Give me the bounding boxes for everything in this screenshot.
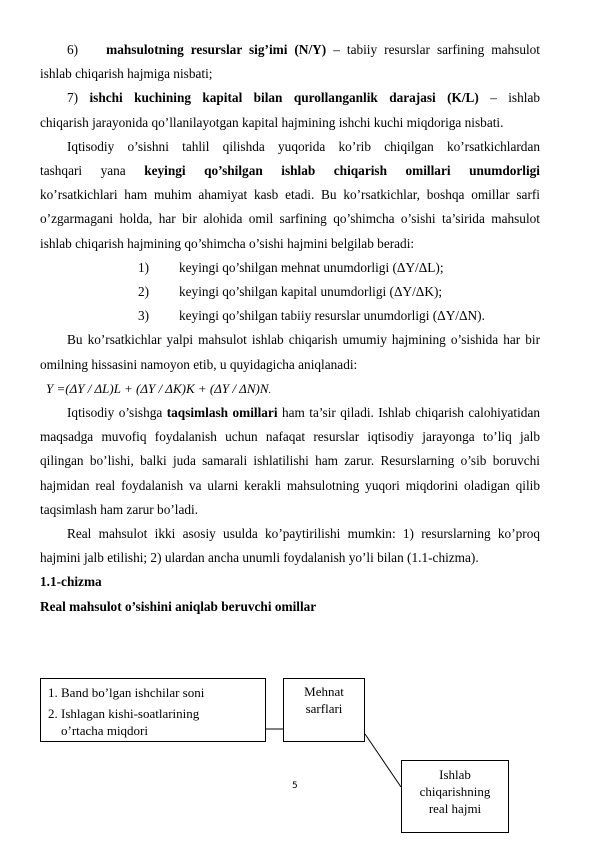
connector-line-2 — [365, 734, 401, 787]
productivity-list: 1)keyingi qo’shilgan mehnat unumdorligi … — [40, 256, 540, 329]
figure-label: 1.1-chizma — [40, 570, 540, 594]
diagram-box-labor-factors: 1. Band bo’lgan ishchilar soni 2. Ishlag… — [40, 678, 266, 742]
list-text: keyingi qo’shilgan tabiiy resurslar unum… — [179, 304, 485, 328]
list-item: 2)keyingi qo’shilgan kapital unumdorligi… — [40, 280, 540, 304]
paragraph-3-start: Iqtisodiy o’sishga — [67, 405, 167, 420]
figure-title: Real mahsulot o’sishini aniqlab beruvchi… — [40, 595, 540, 619]
list-number: 2) — [138, 280, 149, 304]
formula-period: . — [269, 385, 271, 395]
list-text: keyingi qo’shilgan mehnat unumdorligi (Δ… — [179, 256, 444, 280]
paragraph-2: Bu ko’rsatkichlar yalpi mahsulot ishlab … — [40, 328, 540, 376]
item-6-term: mahsulotning resurslar sig’imi (N/Y) — [106, 42, 326, 57]
list-item: 1)keyingi qo’shilgan mehnat unumdorligi … — [40, 256, 540, 280]
paragraph-3-bold-term: taqsimlash omillari — [167, 405, 278, 420]
item-7-line2: chiqarish jarayonida qo’llanilayotgan ka… — [40, 111, 540, 135]
item-7-number: 7) — [67, 90, 78, 105]
box-text: real hajmi — [402, 800, 508, 817]
box-text: o’rtacha miqdori — [48, 722, 265, 739]
formula: Y =(ΔY / ΔL)L + (ΔY / ΔK)K + (ΔY / ΔN)N. — [40, 377, 540, 401]
item-6-line1: 6) mahsulotning resurslar sig’imi (N/Y) … — [40, 38, 540, 62]
item-7-term: ishchi kuchining kapital bilan qurollang… — [89, 90, 478, 105]
list-number: 3) — [138, 304, 149, 328]
paragraph-3: Iqtisodiy o’sishga taqsimlash omillari h… — [40, 401, 540, 522]
box-text: chiqarishning — [402, 783, 508, 800]
paragraph-1-bold-term: keyingi qo’shilgan ishlab chiqarish omil… — [144, 163, 540, 178]
diagram-box-real-output: Ishlab chiqarishning real hajmi — [401, 760, 509, 833]
box-text: sarflari — [284, 700, 364, 717]
page-number: 5 — [292, 781, 298, 791]
paragraph-1-line1: Iqtisodiy o’sishni tahlil qilishda yuqor… — [40, 135, 540, 159]
list-item: 3)keyingi qo’shilgan tabiiy resurslar un… — [40, 304, 540, 328]
paragraph-3-rest: ham ta’sir qiladi. Ishlab chiqarish calo… — [40, 405, 540, 517]
item-6-number: 6) — [67, 42, 78, 57]
item-7-definition: – ishlab — [479, 90, 540, 105]
box-text: 1. Band bo’lgan ishchilar soni — [48, 684, 265, 701]
box-text: Mehnat — [284, 683, 364, 700]
diagram-box-labor-costs: Mehnat sarflari — [283, 678, 365, 742]
paragraph-1-line2: tashqari yana keyingi qo’shilgan ishlab … — [40, 159, 540, 183]
paragraph-1-rest: ko’rsatkichlari ham muhim ahamiyat kasb … — [40, 183, 540, 256]
box-text: 2. Ishlagan kishi-soatlarining — [48, 705, 265, 722]
list-text: keyingi qo’shilgan kapital unumdorligi (… — [179, 280, 442, 304]
list-number: 1) — [138, 256, 149, 280]
item-6-line2: ishlab chiqarish hajmiga nisbati; — [40, 62, 540, 86]
formula-expression: Y =(ΔY / ΔL)L + (ΔY / ΔK)K + (ΔY / ΔN)N — [46, 381, 269, 396]
item-7-line1: 7) ishchi kuchining kapital bilan quroll… — [40, 86, 540, 110]
document-page: 6) mahsulotning resurslar sig’imi (N/Y) … — [40, 38, 540, 619]
box-text: Ishlab — [402, 766, 508, 783]
paragraph-1-text: tashqari yana — [40, 163, 144, 178]
item-6-definition: – tabiiy resurslar sarfining mahsulot — [326, 42, 540, 57]
paragraph-4: Real mahsulot ikki asosiy usulda ko’payt… — [40, 522, 540, 570]
